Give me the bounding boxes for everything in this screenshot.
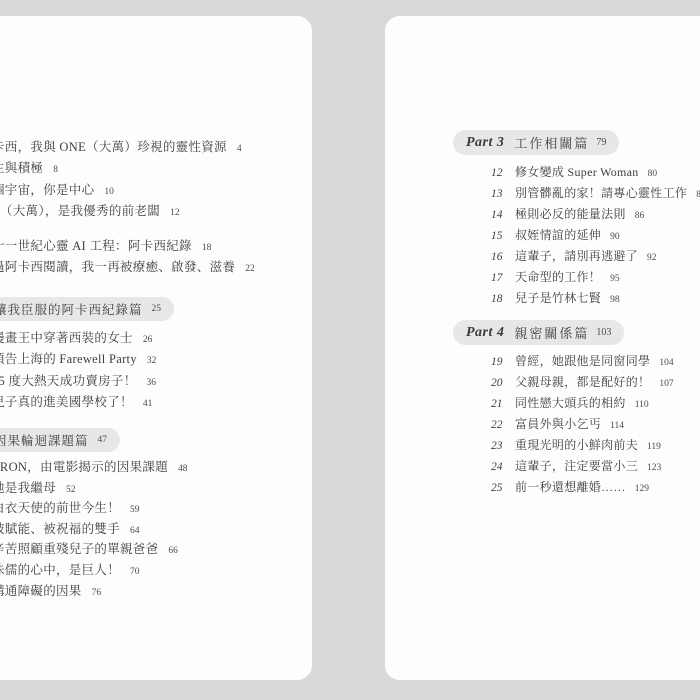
left-toc-group-1: 卡西，我與 ONE（大萬）珍視的靈性資源 4 生與積極 8 個宇宙，你是中心 1… [0, 137, 322, 223]
toc-entry-title: 35 度大熱天成功賣房子！ [0, 371, 137, 389]
toc-entry: 辛苦照顧重殘兒子的單親爸爸 66 [0, 539, 322, 560]
left-toc-group-4: TRON，由電影揭示的因果課題 48 她是我繼母 52 白衣天使的前世今生！ 5… [0, 457, 322, 601]
toc-entry-page: 8 [53, 165, 58, 175]
toc-entry: 溝通障礙的因果 76 [0, 581, 322, 602]
toc-entry: 過阿卡西閱讀，我一再被療癒、啟發、滋養 22 [0, 257, 322, 278]
toc-entry: 侏儒的心中，是巨人！ 70 [0, 560, 322, 581]
toc-entry-title: TRON，由電影揭示的因果課題 [0, 457, 168, 475]
toc-entry: 15 叔姪情誼的延伸 90 [491, 226, 700, 247]
toc-entry-title: 過阿卡西閱讀，我一再被療癒、啟發、滋養 [0, 257, 235, 275]
section-header-pill: 讓我臣服的阿卡西紀錄篇 25 [0, 297, 174, 321]
toc-entry-title: 溝通障礙的因果 [0, 581, 82, 599]
toc-entry: 預告上海的 Farewell Party 32 [0, 349, 322, 370]
toc-entry-page: 52 [66, 485, 76, 495]
toc-entry-title: 她是我繼母 [0, 478, 56, 496]
toc-entry-title: 兒子真的進美國學校了！ [0, 392, 133, 410]
toc-entry-number: 14 [491, 209, 511, 221]
toc-entry-page: 90 [610, 232, 620, 242]
toc-entry-number: 22 [491, 419, 511, 431]
toc-entry-number: 16 [491, 251, 511, 263]
toc-entry-page: 119 [647, 442, 661, 452]
toc-entry: 18 兒子是竹林七賢 98 [491, 289, 700, 310]
toc-entry-title: 白衣天使的前世今生！ [0, 498, 120, 516]
toc-entry-page: 32 [147, 356, 157, 366]
toc-entry-page: 59 [130, 505, 140, 515]
toc-entry: 16 這輩子，請別再逃避了 92 [491, 247, 700, 268]
toc-entry: 19 曾經，她跟他是同窗同學 104 [491, 352, 700, 373]
part3-header-pill: Part 3 工作相關篇 79 [453, 130, 619, 155]
toc-entry: 十一世紀心靈 AI 工程：阿卡西紀錄 18 [0, 236, 322, 257]
toc-entry: 14 極則必反的能量法則 86 [491, 205, 700, 226]
toc-entry-number: 24 [491, 461, 511, 473]
part4-page: 103 [596, 327, 611, 338]
toc-entry-page: 104 [659, 358, 673, 368]
left-toc-group-2: 十一世紀心靈 AI 工程：阿卡西紀錄 18 過阿卡西閱讀，我一再被療癒、啟發、滋… [0, 236, 322, 279]
part4-title: 親密關係篇 [514, 323, 589, 342]
toc-entry-number: 15 [491, 230, 511, 242]
part4-header-pill: Part 4 親密關係篇 103 [453, 320, 624, 345]
toc-entry-title: 預告上海的 Farewell Party [0, 349, 137, 367]
part3-label: Part 3 [466, 135, 504, 151]
toc-entry-number: 17 [491, 272, 511, 284]
toc-entry-title: 叔姪情誼的延伸 [515, 226, 601, 243]
left-toc-group-3: 漫畫王中穿著西裝的女士 26 預告上海的 Farewell Party 32 3… [0, 328, 322, 414]
toc-entry-number: 12 [491, 167, 511, 179]
toc-entry-page: 86 [635, 211, 645, 221]
toc-entry-page: 107 [659, 379, 673, 389]
toc-entry-page: 110 [635, 400, 649, 410]
toc-entry: 24 這輩子，注定要當小三 123 [491, 457, 700, 478]
toc-entry-title: 兒子是竹林七賢 [515, 289, 601, 306]
toc-entry-page: 26 [143, 335, 153, 345]
part3-toc-list: 12 修女變成 Super Woman 80 13 別管髒亂的家！請專心靈性工作… [491, 163, 700, 310]
right-page [385, 16, 700, 680]
toc-entry-title: 極則必反的能量法則 [515, 205, 626, 222]
toc-entry: E（大萬），是我優秀的前老闆 12 [0, 201, 322, 222]
toc-entry-number: 19 [491, 356, 511, 368]
toc-entry-title: 這輩子，注定要當小三 [515, 457, 638, 474]
toc-entry-page: 48 [178, 464, 188, 474]
toc-entry: 漫畫王中穿著西裝的女士 26 [0, 328, 322, 349]
toc-entry-title: 同性戀大頭兵的相約 [515, 394, 626, 411]
toc-entry: 卡西，我與 ONE（大萬）珍視的靈性資源 4 [0, 137, 322, 158]
section-header-title: 讓我臣服的阿卡西紀錄篇 [0, 300, 143, 318]
toc-entry-page: 129 [635, 484, 649, 494]
toc-entry-title: 前一秒還想離婚…… [515, 478, 626, 495]
toc-entry: 12 修女變成 Super Woman 80 [491, 163, 700, 184]
toc-entry: 21 同性戀大頭兵的相約 110 [491, 394, 700, 415]
toc-entry-title: 個宇宙，你是中心 [0, 180, 94, 198]
toc-entry-number: 18 [491, 293, 511, 305]
toc-entry-page: 83 [696, 190, 700, 200]
toc-entry-title: 這輩子，請別再逃避了 [515, 247, 638, 264]
toc-entry: 白衣天使的前世今生！ 59 [0, 498, 322, 519]
toc-entry-title: 別管髒亂的家！請專心靈性工作 [515, 184, 687, 201]
toc-entry-page: 12 [170, 208, 180, 218]
toc-entry-page: 18 [202, 243, 212, 253]
toc-entry: 17 天命型的工作！ 95 [491, 268, 700, 289]
toc-entry-title: 漫畫王中穿著西裝的女士 [0, 328, 133, 346]
part4-label: Part 4 [466, 325, 504, 341]
toc-entry: 被賦能、被祝福的雙手 64 [0, 519, 322, 540]
section-header-page: 25 [152, 304, 162, 314]
toc-entry: 23 重現光明的小鮮肉前夫 119 [491, 436, 700, 457]
toc-entry-number: 20 [491, 377, 511, 389]
toc-entry-page: 66 [168, 546, 178, 556]
toc-entry-number: 23 [491, 440, 511, 452]
toc-entry: TRON，由電影揭示的因果課題 48 [0, 457, 322, 478]
toc-entry-number: 13 [491, 188, 511, 200]
part3-page: 79 [596, 137, 606, 148]
toc-entry-page: 98 [610, 295, 620, 305]
part3-title: 工作相關篇 [514, 133, 589, 152]
toc-entry-title: 曾經，她跟他是同窗同學 [515, 352, 650, 369]
toc-entry: 13 別管髒亂的家！請專心靈性工作 83 [491, 184, 700, 205]
toc-entry-page: 41 [143, 399, 153, 409]
toc-entry-title: E（大萬），是我優秀的前老闆 [0, 201, 160, 219]
toc-entry-title: 富員外與小乞丐 [515, 415, 601, 432]
toc-entry-number: 21 [491, 398, 511, 410]
section-header-title: 因果輪迴課題篇 [0, 431, 89, 449]
toc-entry-title: 十一世紀心靈 AI 工程：阿卡西紀錄 [0, 236, 192, 254]
toc-entry: 她是我繼母 52 [0, 478, 322, 499]
toc-entry-title: 辛苦照顧重殘兒子的單親爸爸 [0, 539, 158, 557]
toc-entry: 兒子真的進美國學校了！ 41 [0, 392, 322, 413]
toc-entry: 22 富員外與小乞丐 114 [491, 415, 700, 436]
toc-entry-page: 76 [92, 588, 102, 598]
toc-entry-title: 被賦能、被祝福的雙手 [0, 519, 120, 537]
toc-entry-title: 修女變成 Super Woman [515, 163, 639, 180]
toc-entry-page: 123 [647, 463, 661, 473]
toc-entry-page: 10 [104, 187, 114, 197]
toc-entry-page: 95 [610, 274, 620, 284]
toc-entry-page: 64 [130, 526, 140, 536]
toc-entry-title: 卡西，我與 ONE（大萬）珍視的靈性資源 [0, 137, 227, 155]
toc-entry-page: 80 [648, 169, 658, 179]
toc-entry: 35 度大熱天成功賣房子！ 36 [0, 371, 322, 392]
toc-entry-page: 114 [610, 421, 624, 431]
toc-entry-page: 70 [130, 567, 140, 577]
toc-entry-title: 重現光明的小鮮肉前夫 [515, 436, 638, 453]
toc-entry-title: 父親母親，都是配好的！ [515, 373, 650, 390]
section-header-pill: 因果輪迴課題篇 47 [0, 428, 120, 452]
book-spread: 卡西，我與 ONE（大萬）珍視的靈性資源 4 生與積極 8 個宇宙，你是中心 1… [0, 0, 700, 700]
toc-entry-page: 4 [237, 144, 242, 154]
part4-toc-list: 19 曾經，她跟他是同窗同學 104 20 父親母親，都是配好的！ 107 21… [491, 352, 700, 499]
toc-entry: 個宇宙，你是中心 10 [0, 180, 322, 201]
toc-entry: 25 前一秒還想離婚…… 129 [491, 478, 700, 499]
toc-entry-page: 92 [647, 253, 657, 263]
section-header-page: 47 [98, 435, 108, 445]
toc-entry-number: 25 [491, 482, 511, 494]
toc-entry: 20 父親母親，都是配好的！ 107 [491, 373, 700, 394]
toc-entry-title: 生與積極 [0, 158, 43, 176]
toc-entry-title: 侏儒的心中，是巨人！ [0, 560, 120, 578]
toc-entry-page: 22 [245, 264, 255, 274]
toc-entry: 生與積極 8 [0, 158, 322, 179]
toc-entry-page: 36 [147, 378, 157, 388]
toc-entry-title: 天命型的工作！ [515, 268, 601, 285]
